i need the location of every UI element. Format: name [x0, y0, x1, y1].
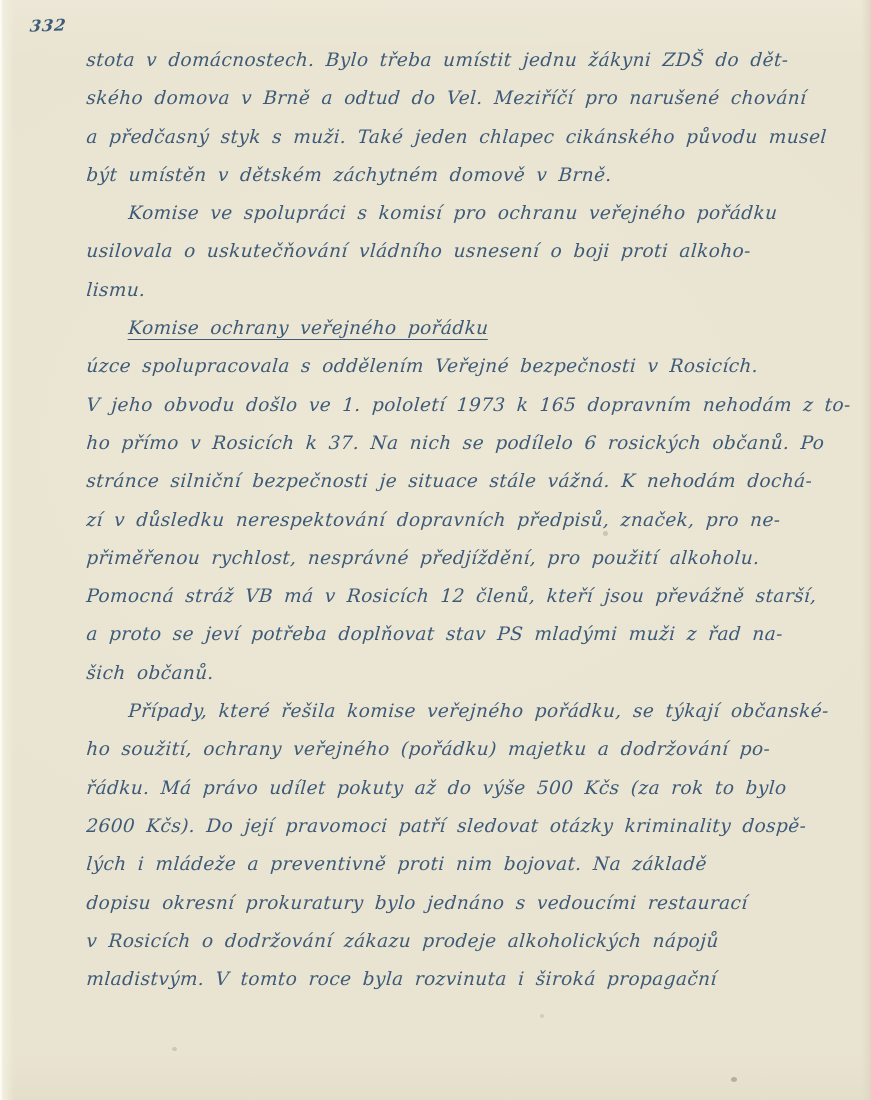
text-line: stránce silniční bezpečnosti je situace …	[85, 463, 833, 501]
paper-speck	[603, 531, 608, 536]
text-line: stota v domácnostech. Bylo třeba umístit…	[85, 42, 833, 80]
handwritten-text-block: stota v domácnostech. Bylo třeba umístit…	[85, 42, 830, 999]
text-line: úzce spolupracovala s oddělením Veřejné …	[85, 348, 833, 386]
section-heading: Komise ochrany veřejného pořádku	[85, 310, 833, 348]
text-line: přiměřenou rychlost, nesprávné předjíždě…	[85, 540, 833, 578]
text-line: ského domova v Brně a odtud do Vel. Mezi…	[85, 80, 833, 118]
text-line: lých i mládeže a preventivně proti nim b…	[85, 846, 833, 884]
text-line: dopisu okresní prokuratury bylo jednáno …	[85, 885, 833, 923]
text-line: zí v důsledku nerespektování dopravních …	[85, 502, 833, 540]
text-line: šich občanů.	[85, 655, 833, 693]
paper-speck	[540, 1014, 544, 1018]
text-line: ho přímo v Rosicích k 37. Na nich se pod…	[85, 425, 833, 463]
text-line: řádku. Má právo udílet pokuty až do výše…	[85, 770, 833, 808]
text-line: a proto se jeví potřeba doplňovat stav P…	[85, 616, 833, 654]
text-line: Pomocná stráž VB má v Rosicích 12 členů,…	[85, 578, 833, 616]
text-line: v Rosicích o dodržování zákazu prodeje a…	[85, 923, 833, 961]
text-line: V jeho obvodu došlo ve 1. pololetí 1973 …	[85, 387, 833, 425]
text-line: usilovala o uskutečňování vládního usnes…	[85, 233, 833, 271]
text-line: být umístěn v dětském záchytném domově v…	[85, 157, 833, 195]
text-line: a předčasný styk s muži. Také jeden chla…	[85, 119, 833, 157]
paper-speck	[731, 1077, 737, 1082]
text-line: lismu.	[85, 272, 833, 310]
page-number: 332	[29, 15, 68, 35]
text-line: Komise ve spolupráci s komisí pro ochran…	[85, 195, 833, 233]
text-line: mladistvým. V tomto roce byla rozvinuta …	[85, 961, 833, 999]
paper-speck	[172, 1047, 177, 1051]
manuscript-page: 332 stota v domácnostech. Bylo třeba umí…	[0, 0, 871, 1100]
text-line: 2600 Kčs). Do její pravomoci patří sledo…	[85, 808, 833, 846]
text-line: Případy, které řešila komise veřejného p…	[85, 693, 833, 731]
text-line: ho soužití, ochrany veřejného (pořádku) …	[85, 731, 833, 769]
